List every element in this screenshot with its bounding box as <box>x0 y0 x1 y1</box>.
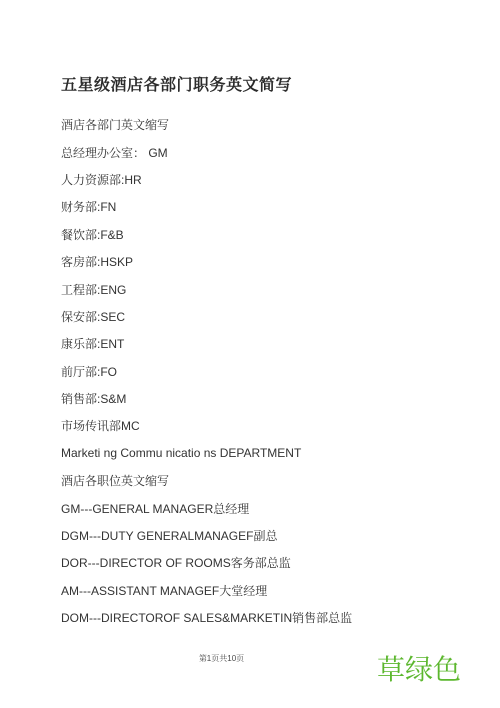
text-line: DGM---DUTY GENERALMANAGEF副总 <box>61 522 352 549</box>
document-body: 酒店各部门英文缩写 总经理办公室： GM 人力资源部:HR 财务部:FN 餐饮部… <box>61 111 352 631</box>
text-line: 总经理办公室： GM <box>61 138 352 165</box>
text-line: 前厅部:FO <box>61 358 352 385</box>
document-page: 五星级酒店各部门职务英文简写 酒店各部门英文缩写 总经理办公室： GM 人力资源… <box>0 0 500 708</box>
text-line: 康乐部:ENT <box>61 330 352 357</box>
text-line: 酒店各职位英文缩写 <box>61 467 352 494</box>
text-line: 财务部:FN <box>61 193 352 220</box>
document-title: 五星级酒店各部门职务英文简写 <box>61 72 292 95</box>
text-line: 酒店各部门英文缩写 <box>61 111 352 138</box>
text-line: 餐饮部:F&B <box>61 221 352 248</box>
text-line: 人力资源部:HR <box>61 166 352 193</box>
text-line: DOM---DIRECTOROF SALES&MARKETIN销售部总监 <box>61 604 352 631</box>
text-line: Marketi ng Commu nicatio ns DEPARTMENT <box>61 440 352 467</box>
text-line: 工程部:ENG <box>61 275 352 302</box>
text-line: GM---GENERAL MANAGER总经理 <box>61 494 352 521</box>
text-line: 市场传讯部MC <box>61 412 352 439</box>
text-line: AM---ASSISTANT MANAGEF大堂经理 <box>61 577 352 604</box>
watermark-label: 草绿色 <box>377 653 461 687</box>
text-line: 保安部:SEC <box>61 303 352 330</box>
text-line: 客房部:HSKP <box>61 248 352 275</box>
text-line: 销售部:S&M <box>61 385 352 412</box>
text-line: DOR---DIRECTOR OF ROOMS客务部总监 <box>61 549 352 576</box>
